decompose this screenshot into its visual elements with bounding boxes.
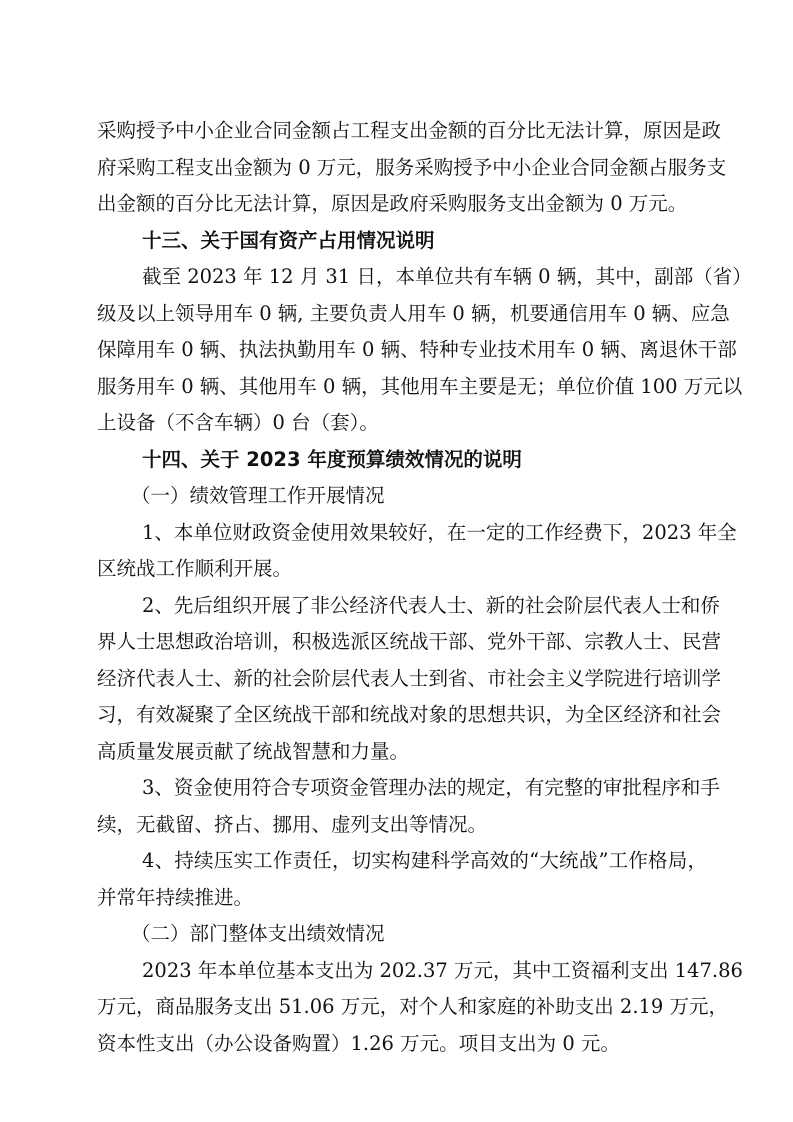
expenditure-paragraph: 2023 年本单位基本支出为 202.37 万元，其中工资福利支出 147.86… [97, 953, 707, 1063]
text-line: 采购授予中小企业合同金额占工程支出金额的百分比无法计算，原因是政 [97, 113, 707, 150]
text-line: 界人士思想政治培训，积极选派区统战干部、党外干部、宗教人士、民营 [97, 624, 707, 661]
continuation-paragraph: 采购授予中小企业合同金额占工程支出金额的百分比无法计算，原因是政 府采购工程支出… [97, 113, 707, 223]
text-line: 习，有效凝聚了全区统战干部和统战对象的思想共识，为全区经济和社会 [97, 697, 707, 734]
section-14-heading: 十四、关于 2023 年度预算绩效情况的说明 [97, 442, 707, 479]
subsection-1-heading: （一）绩效管理工作开展情况 [97, 478, 707, 515]
text-line: 截至 2023 年 12 月 31 日，本单位共有车辆 0 辆，其中，副部（省） [97, 259, 707, 296]
text-line: 3、资金使用符合专项资金管理办法的规定，有完整的审批程序和手 [97, 770, 707, 807]
document-page: 采购授予中小企业合同金额占工程支出金额的百分比无法计算，原因是政 府采购工程支出… [97, 113, 707, 1062]
text-line: 并常年持续推进。 [97, 880, 707, 917]
text-line: 2、先后组织开展了非公经济代表人士、新的社会阶层代表人士和侨 [97, 588, 707, 625]
text-line: 万元，商品服务支出 51.06 万元，对个人和家庭的补助支出 2.19 万元， [97, 989, 707, 1026]
section-13-paragraph: 截至 2023 年 12 月 31 日，本单位共有车辆 0 辆，其中，副部（省）… [97, 259, 707, 442]
text-line: 府采购工程支出金额为 0 万元，服务采购授予中小企业合同金额占服务支 [97, 150, 707, 187]
text-line: 资本性支出（办公设备购置）1.26 万元。项目支出为 0 元。 [97, 1026, 707, 1063]
text-line: 2023 年本单位基本支出为 202.37 万元，其中工资福利支出 147.86 [97, 953, 707, 990]
item-3-paragraph: 3、资金使用符合专项资金管理办法的规定，有完整的审批程序和手 续，无截留、挤占、… [97, 770, 707, 843]
item-4-paragraph: 4、持续压实工作责任，切实构建科学高效的“大统战”工作格局， 并常年持续推进。 [97, 843, 707, 916]
text-line: 上设备（不含车辆）0 台（套）。 [97, 405, 707, 442]
text-line: 续，无截留、挤占、挪用、虚列支出等情况。 [97, 807, 707, 844]
text-line: 保障用车 0 辆、执法执勤用车 0 辆、特种专业技术用车 0 辆、离退休干部 [97, 332, 707, 369]
text-line: 服务用车 0 辆、其他用车 0 辆，其他用车主要是无；单位价值 100 万元以 [97, 369, 707, 406]
text-line: 4、持续压实工作责任，切实构建科学高效的“大统战”工作格局， [97, 843, 707, 880]
text-line: 区统战工作顺利开展。 [97, 551, 707, 588]
text-line: 级及以上领导用车 0 辆, 主要负责人用车 0 辆，机要通信用车 0 辆、应急 [97, 296, 707, 333]
section-13-heading: 十三、关于国有资产占用情况说明 [97, 223, 707, 260]
item-2-paragraph: 2、先后组织开展了非公经济代表人士、新的社会阶层代表人士和侨 界人士思想政治培训… [97, 588, 707, 771]
text-line: 1、本单位财政资金使用效果较好，在一定的工作经费下，2023 年全 [97, 515, 707, 552]
text-line: 经济代表人士、新的社会阶层代表人士到省、市社会主义学院进行培训学 [97, 661, 707, 698]
item-1-paragraph: 1、本单位财政资金使用效果较好，在一定的工作经费下，2023 年全 区统战工作顺… [97, 515, 707, 588]
text-line: 出金额的百分比无法计算，原因是政府采购服务支出金额为 0 万元。 [97, 186, 707, 223]
text-line: 高质量发展贡献了统战智慧和力量。 [97, 734, 707, 771]
subsection-2-heading: （二）部门整体支出绩效情况 [97, 916, 707, 953]
